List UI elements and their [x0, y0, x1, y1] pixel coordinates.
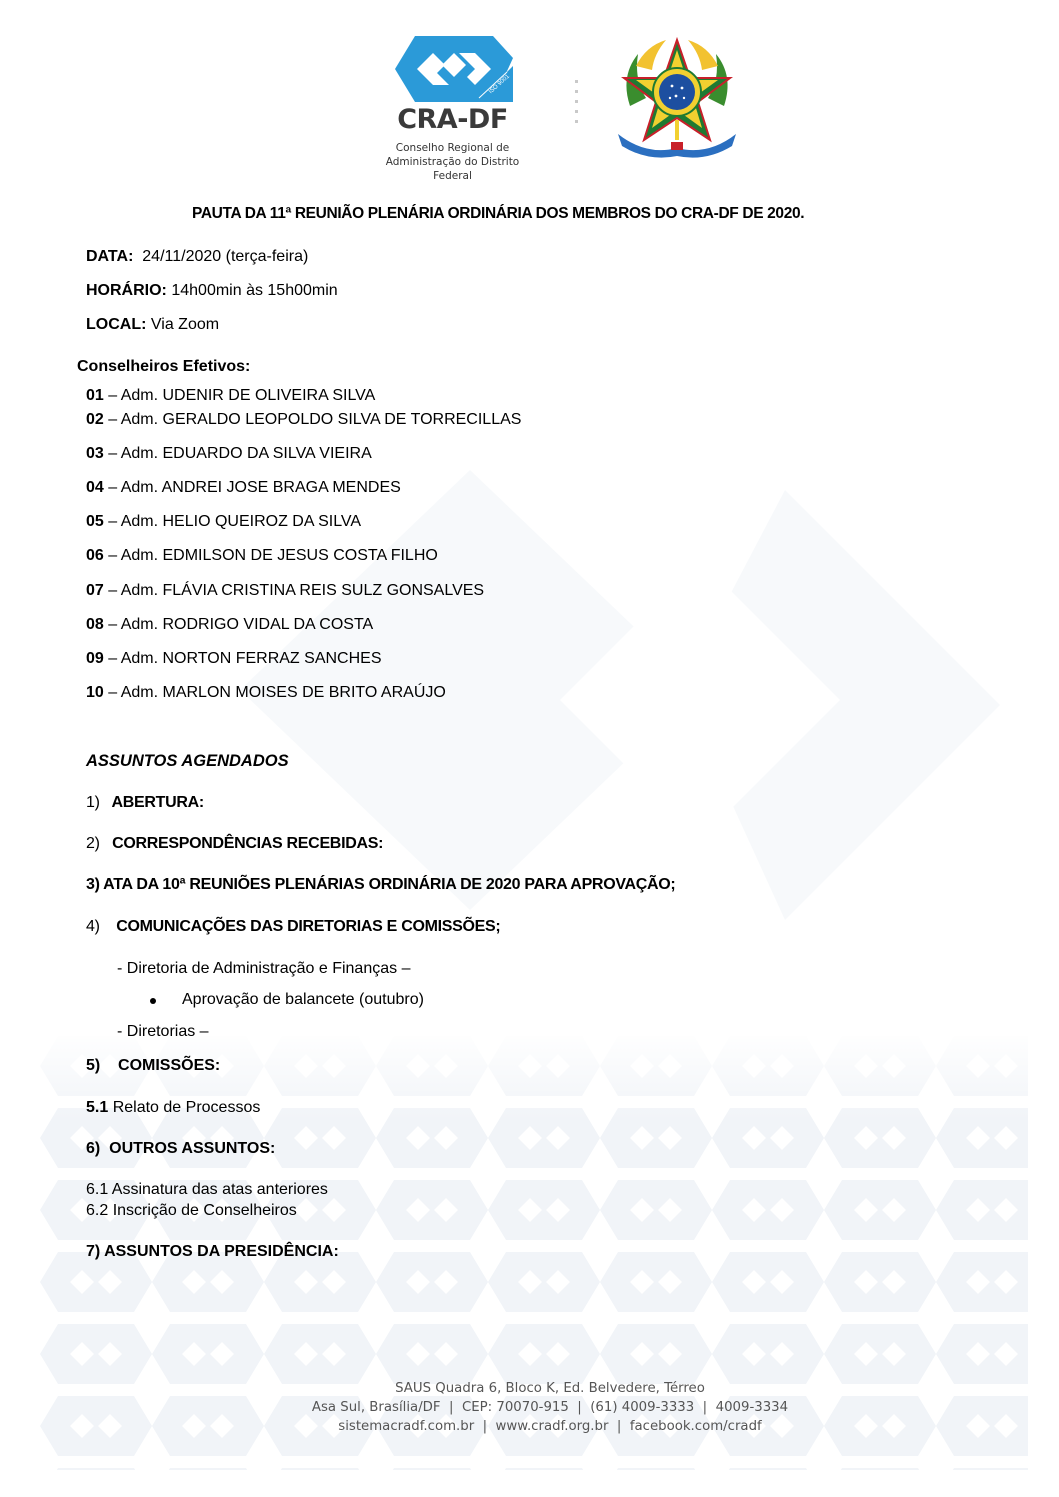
council-member: 10 – Adm. MARLON MOISES DE BRITO ARAÚJO [86, 683, 446, 703]
agenda-item-4-sub-1: - Diretoria de Administração e Finanças … [117, 959, 410, 979]
footer-address: SAUS Quadra 6, Bloco K, Ed. Belvedere, T… [250, 1379, 850, 1436]
meeting-place: LOCAL: Via Zoom [86, 315, 219, 335]
member-name: – Adm. GERALDO LEOPOLDO SILVA DE TORRECI… [108, 411, 521, 428]
council-member: 07 – Adm. FLÁVIA CRISTINA REIS SULZ GONS… [86, 581, 484, 601]
council-heading: Conselheiros Efetivos: [77, 357, 250, 377]
member-number: 03 [86, 445, 104, 462]
member-name: – Adm. FLÁVIA CRISTINA REIS SULZ GONSALV… [108, 582, 484, 599]
council-member: 04 – Adm. ANDREI JOSE BRAGA MENDES [86, 478, 401, 498]
cra-diamond-logo-icon: ISO 9001 [395, 36, 513, 102]
council-member: 02 – Adm. GERALDO LEOPOLDO SILVA DE TORR… [86, 410, 521, 430]
page-title: PAUTA DA 11ª REUNIÃO PLENÁRIA ORDINÁRIA … [192, 204, 804, 224]
member-number: 02 [86, 411, 104, 428]
council-member: 08 – Adm. RODRIGO VIDAL DA COSTA [86, 615, 373, 635]
council-member: 03 – Adm. EDUARDO DA SILVA VIEIRA [86, 444, 372, 464]
member-number: 09 [86, 650, 104, 667]
background-watermark [0, 0, 1059, 1497]
agenda-item-3: 3) ATA DA 10ª REUNIÕES PLENÁRIAS ORDINÁR… [86, 875, 675, 895]
member-name: – Adm. NORTON FERRAZ SANCHES [108, 650, 381, 667]
member-name: – Adm. RODRIGO VIDAL DA COSTA [108, 616, 373, 633]
bullet-icon [150, 998, 156, 1004]
meeting-date: DATA: 24/11/2020 (terça-feira) [86, 247, 308, 267]
member-name: – Adm. UDENIR DE OLIVEIRA SILVA [108, 387, 375, 404]
member-number: 06 [86, 547, 104, 564]
council-member: 01 – Adm. UDENIR DE OLIVEIRA SILVA [86, 386, 375, 406]
member-number: 05 [86, 513, 104, 530]
footer-contact-line: Asa Sul, Brasília/DF | CEP: 70070-915 | … [250, 1398, 850, 1417]
brazil-coat-of-arms-icon [616, 36, 738, 158]
agenda-item-5: 5) COMISSÕES: [86, 1056, 220, 1076]
footer-address-line: SAUS Quadra 6, Bloco K, Ed. Belvedere, T… [250, 1379, 850, 1398]
member-number: 08 [86, 616, 104, 633]
member-name: – Adm. HELIO QUEIROZ DA SILVA [108, 513, 361, 530]
org-full-name: Conselho Regional de Administração do Di… [365, 141, 540, 183]
agenda-item-6: 6) OUTROS ASSUNTOS: [86, 1139, 275, 1159]
agenda-item-2: 2) CORRESPONDÊNCIAS RECEBIDAS: [86, 834, 383, 854]
footer-web-line: sistemacradf.com.br | www.cradf.org.br |… [250, 1417, 850, 1436]
agenda-item-4: 4) COMUNICAÇÕES DAS DIRETORIAS E COMISSÕ… [86, 917, 500, 937]
agenda-item-6-2: 6.2 Inscrição de Conselheiros [86, 1201, 297, 1221]
agenda-item-5-1: 5.1 Relato de Processos [86, 1098, 260, 1118]
agenda-item-1: 1) ABERTURA: [86, 793, 204, 813]
council-member: 09 – Adm. NORTON FERRAZ SANCHES [86, 649, 382, 669]
meeting-time: HORÁRIO: 14h00min às 15h00min [86, 281, 338, 301]
member-number: 07 [86, 582, 104, 599]
agenda-item-4-bullet: Aprovação de balancete (outubro) [182, 990, 424, 1010]
member-name: – Adm. EDMILSON DE JESUS COSTA FILHO [108, 547, 438, 564]
member-number: 04 [86, 479, 104, 496]
member-name: – Adm. MARLON MOISES DE BRITO ARAÚJO [108, 684, 446, 701]
divider-dots [574, 80, 580, 130]
cra-df-logo: ISO 9001 CRA-DF Conselho Regional de Adm… [365, 36, 540, 166]
member-name: – Adm. ANDREI JOSE BRAGA MENDES [108, 479, 401, 496]
member-name: – Adm. EDUARDO DA SILVA VIEIRA [108, 445, 372, 462]
letterhead: ISO 9001 CRA-DF Conselho Regional de Adm… [0, 0, 1059, 180]
agenda-item-6-1: 6.1 Assinatura das atas anteriores [86, 1180, 328, 1200]
member-number: 01 [86, 387, 104, 404]
member-number: 10 [86, 684, 104, 701]
council-member: 05 – Adm. HELIO QUEIROZ DA SILVA [86, 512, 361, 532]
council-member: 06 – Adm. EDMILSON DE JESUS COSTA FILHO [86, 546, 438, 566]
agenda-item-7: 7) ASSUNTOS DA PRESIDÊNCIA: [86, 1242, 339, 1262]
agenda-heading: ASSUNTOS AGENDADOS [86, 751, 289, 771]
agenda-item-4-sub-2: - Diretorias – [117, 1022, 209, 1042]
org-short-name: CRA-DF [365, 104, 540, 135]
